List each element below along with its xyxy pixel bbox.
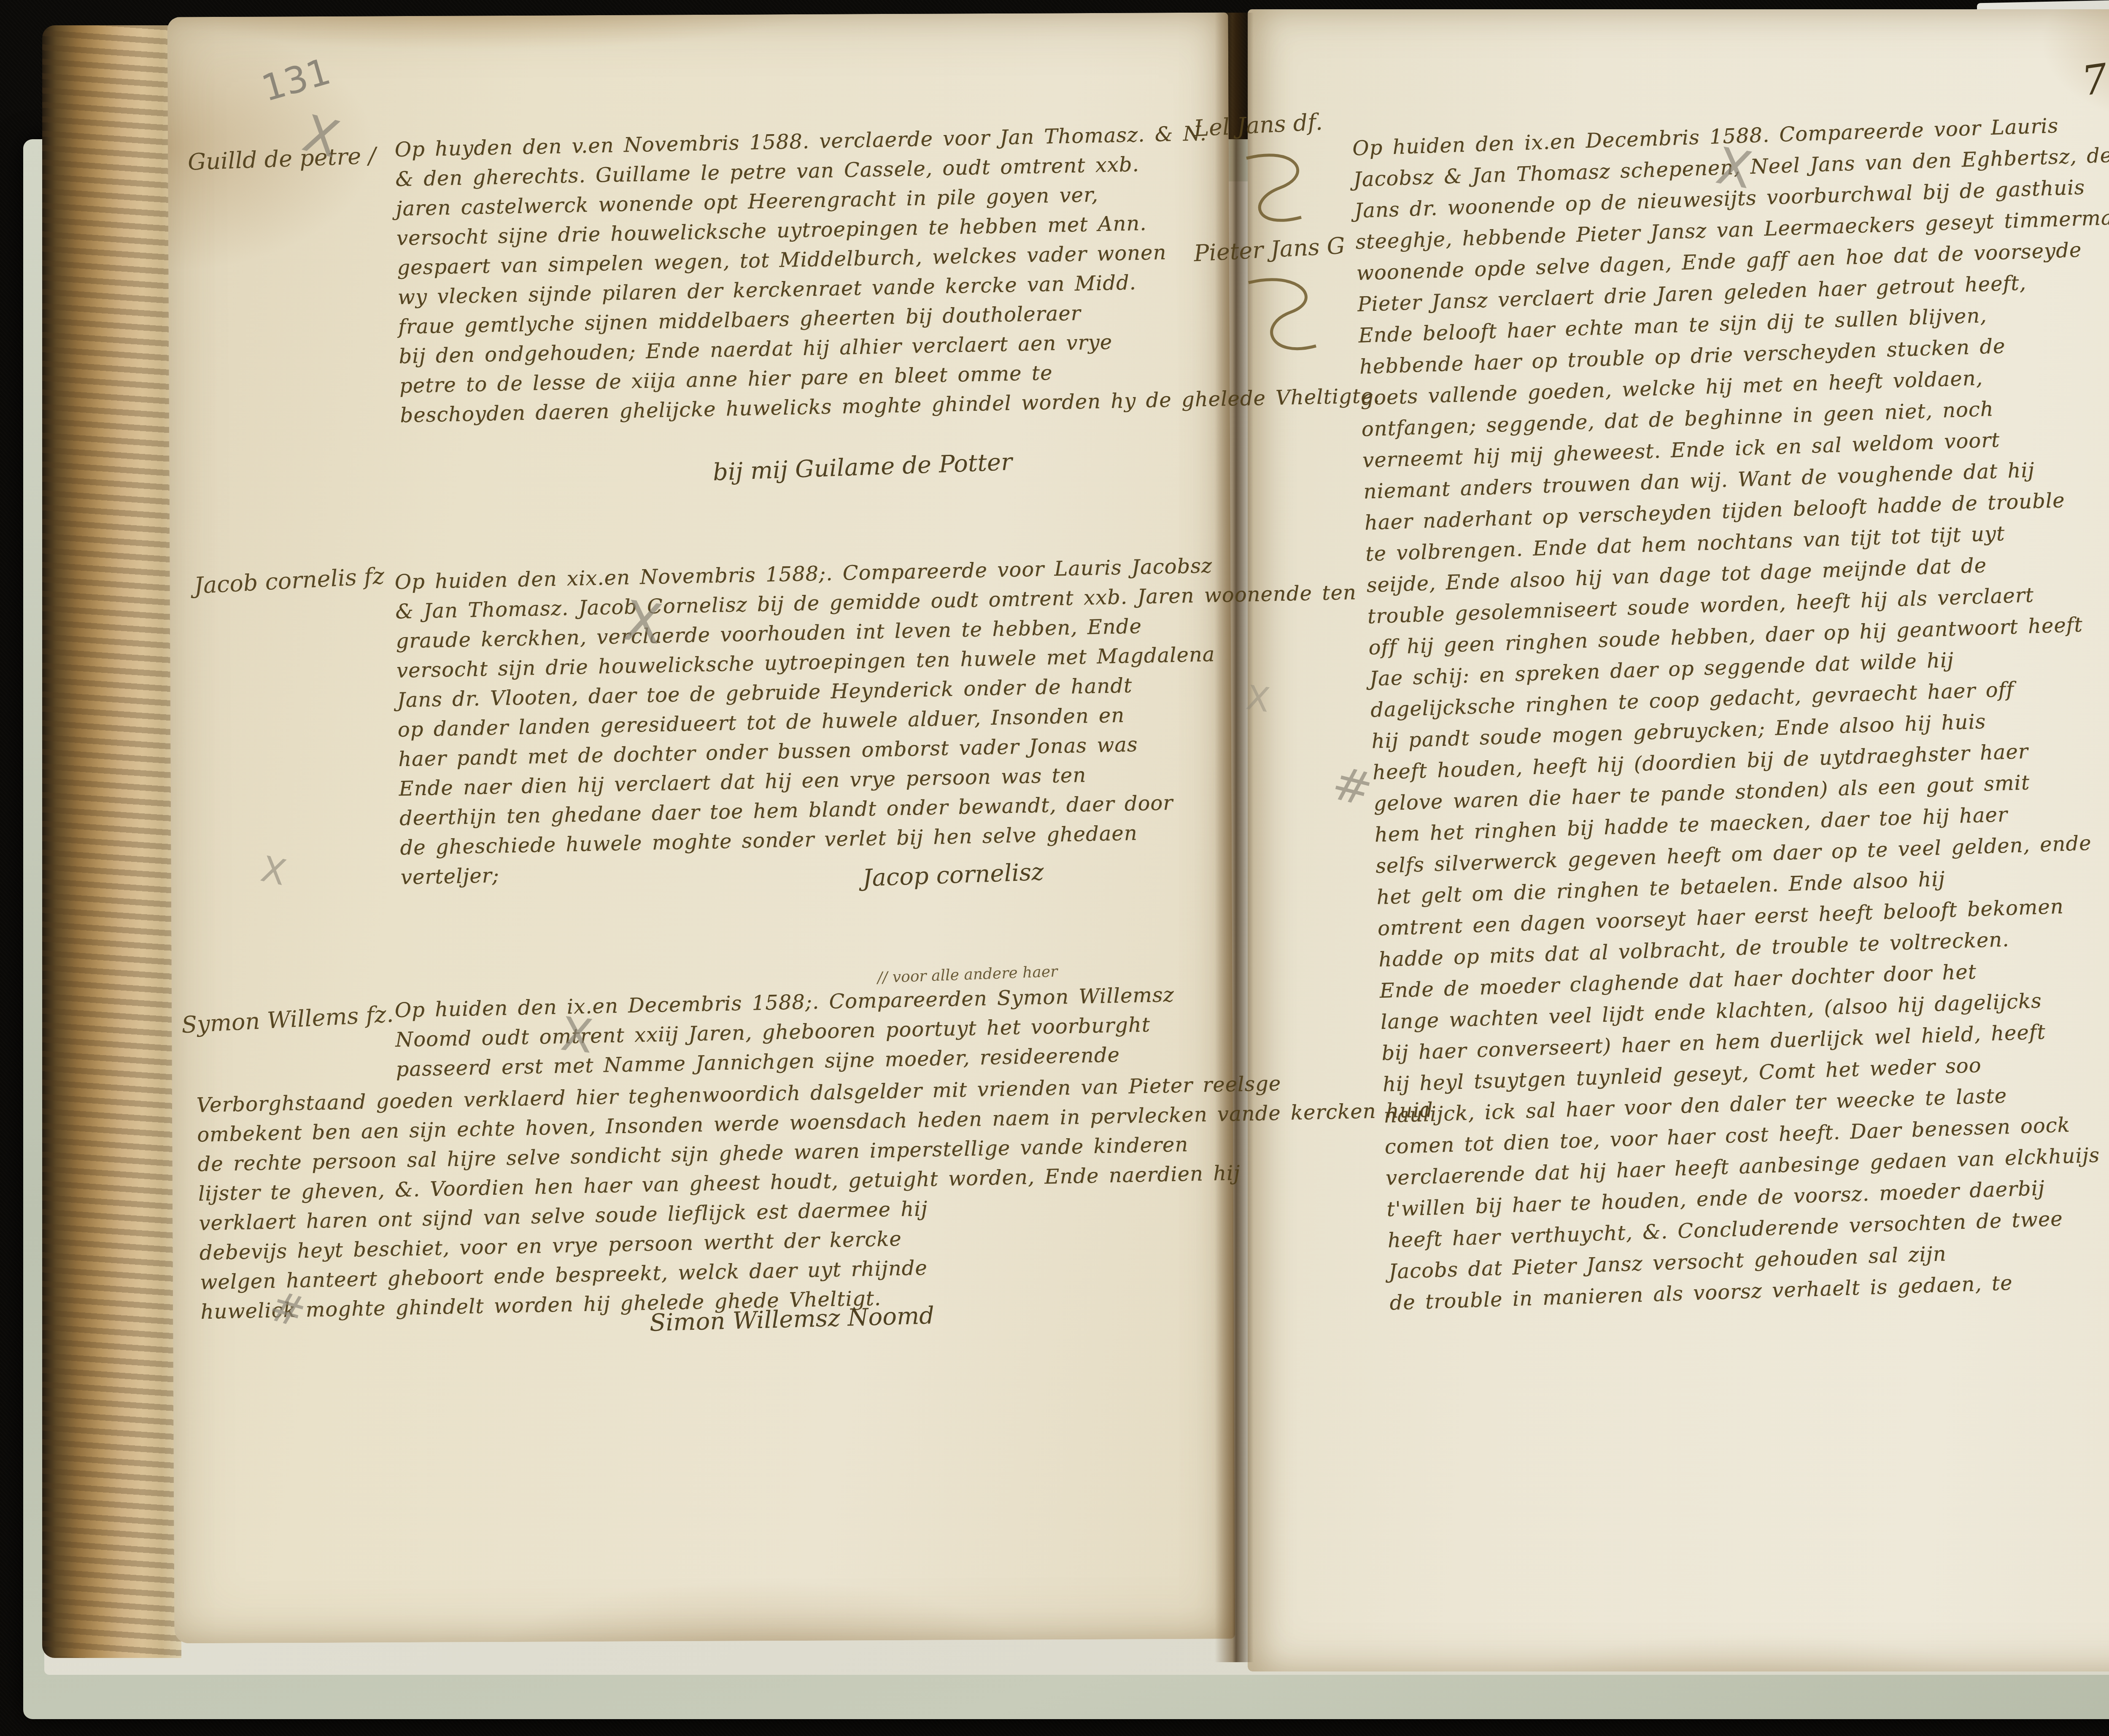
pencil-cross-mark: X xyxy=(558,1007,596,1064)
entry3-text-top: Op huiden den ix.en Decembris 1588;. Com… xyxy=(394,980,1176,1084)
manuscript-photo: 131 70 64 132 Guilld de petre / Op huyde… xyxy=(0,0,2109,1736)
right-entry-text: Op huiden den ix.en Decembris 1588. Comp… xyxy=(1352,108,2109,1319)
entry2-text: Op huiden den xix.en Novembris 1588;. Co… xyxy=(394,548,1362,892)
notary-paraph-flourish xyxy=(1230,150,1339,234)
entry3-text-wide: Verborghstaand goeden verklaerd hier teg… xyxy=(196,1066,1437,1327)
tattered-page-stack xyxy=(42,25,181,1658)
notary-paraph-flourish xyxy=(1236,270,1346,363)
